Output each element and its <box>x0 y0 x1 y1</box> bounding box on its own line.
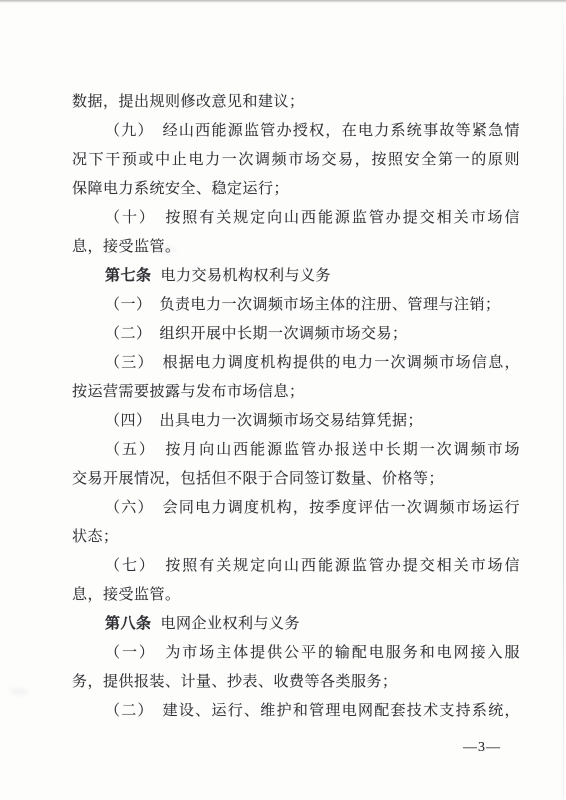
document-line: 息，接受监管。 <box>72 581 520 610</box>
document-line-clause-4: （四） 出具电力一次调频市场交易结算凭据； <box>72 407 520 436</box>
article-7-title: 电力交易机构权利与义务 <box>161 268 332 284</box>
document-line-clause-5: （五） 按月向山西能源监管办报送中长期一次调频市场 <box>72 436 520 465</box>
document-line-clause-2: （二） 建设、运行、维护和管理电网配套技术支持系统， <box>72 697 520 726</box>
document-line: 况下干预或中止电力一次调频市场交易，按照安全第一的原则 <box>72 146 520 175</box>
scan-smudge <box>10 688 28 695</box>
document-line-clause-2: （二） 组织开展中长期一次调频市场交易； <box>72 320 520 349</box>
article-7-heading: 第七条电力交易机构权利与义务 <box>72 262 520 291</box>
document-line-clause-3: （三） 根据电力调度机构提供的电力一次调频市场信息， <box>72 349 520 378</box>
scan-edge-top <box>0 0 566 3</box>
document-line: 保障电力系统安全、稳定运行； <box>72 175 520 204</box>
document-line: 按运营需要披露与发布市场信息； <box>72 378 520 407</box>
document-line: 务，提供报装、计量、抄表、收费等各类服务； <box>72 668 520 697</box>
article-7-number: 第七条 <box>105 268 152 284</box>
document-line-clause-1: （一） 负责电力一次调频市场主体的注册、管理与注销； <box>72 291 520 320</box>
document-line-clause-6: （六） 会同电力调度机构，按季度评估一次调频市场运行 <box>72 494 520 523</box>
document-line-clause-7: （七） 按照有关规定向山西能源监管办提交相关市场信 <box>72 552 520 581</box>
document-line: 息，接受监管。 <box>72 233 520 262</box>
page-number: —3— <box>452 740 512 756</box>
document-line: 状态； <box>72 523 520 552</box>
scanned-document-page: { "document": { "lines": [ {"text": "数据，… <box>0 0 566 800</box>
scan-edge-right <box>563 2 564 798</box>
document-line: 数据，提出规则修改意见和建议； <box>72 88 520 117</box>
article-8-heading: 第八条电网企业权利与义务 <box>72 610 520 639</box>
article-8-number: 第八条 <box>105 616 152 632</box>
document-line: 交易开展情况，包括但不限于合同签订数量、价格等； <box>72 465 520 494</box>
article-8-title: 电网企业权利与义务 <box>161 616 301 632</box>
document-line-clause-9: （九） 经山西能源监管办授权，在电力系统事故等紧急情 <box>72 117 520 146</box>
document-line-clause-10: （十） 按照有关规定向山西能源监管办提交相关市场信 <box>72 204 520 233</box>
document-line-clause-1: （一） 为市场主体提供公平的输配电服务和电网接入服 <box>72 639 520 668</box>
document-body-text: 数据，提出规则修改意见和建议； （九） 经山西能源监管办授权，在电力系统事故等紧… <box>72 88 520 726</box>
